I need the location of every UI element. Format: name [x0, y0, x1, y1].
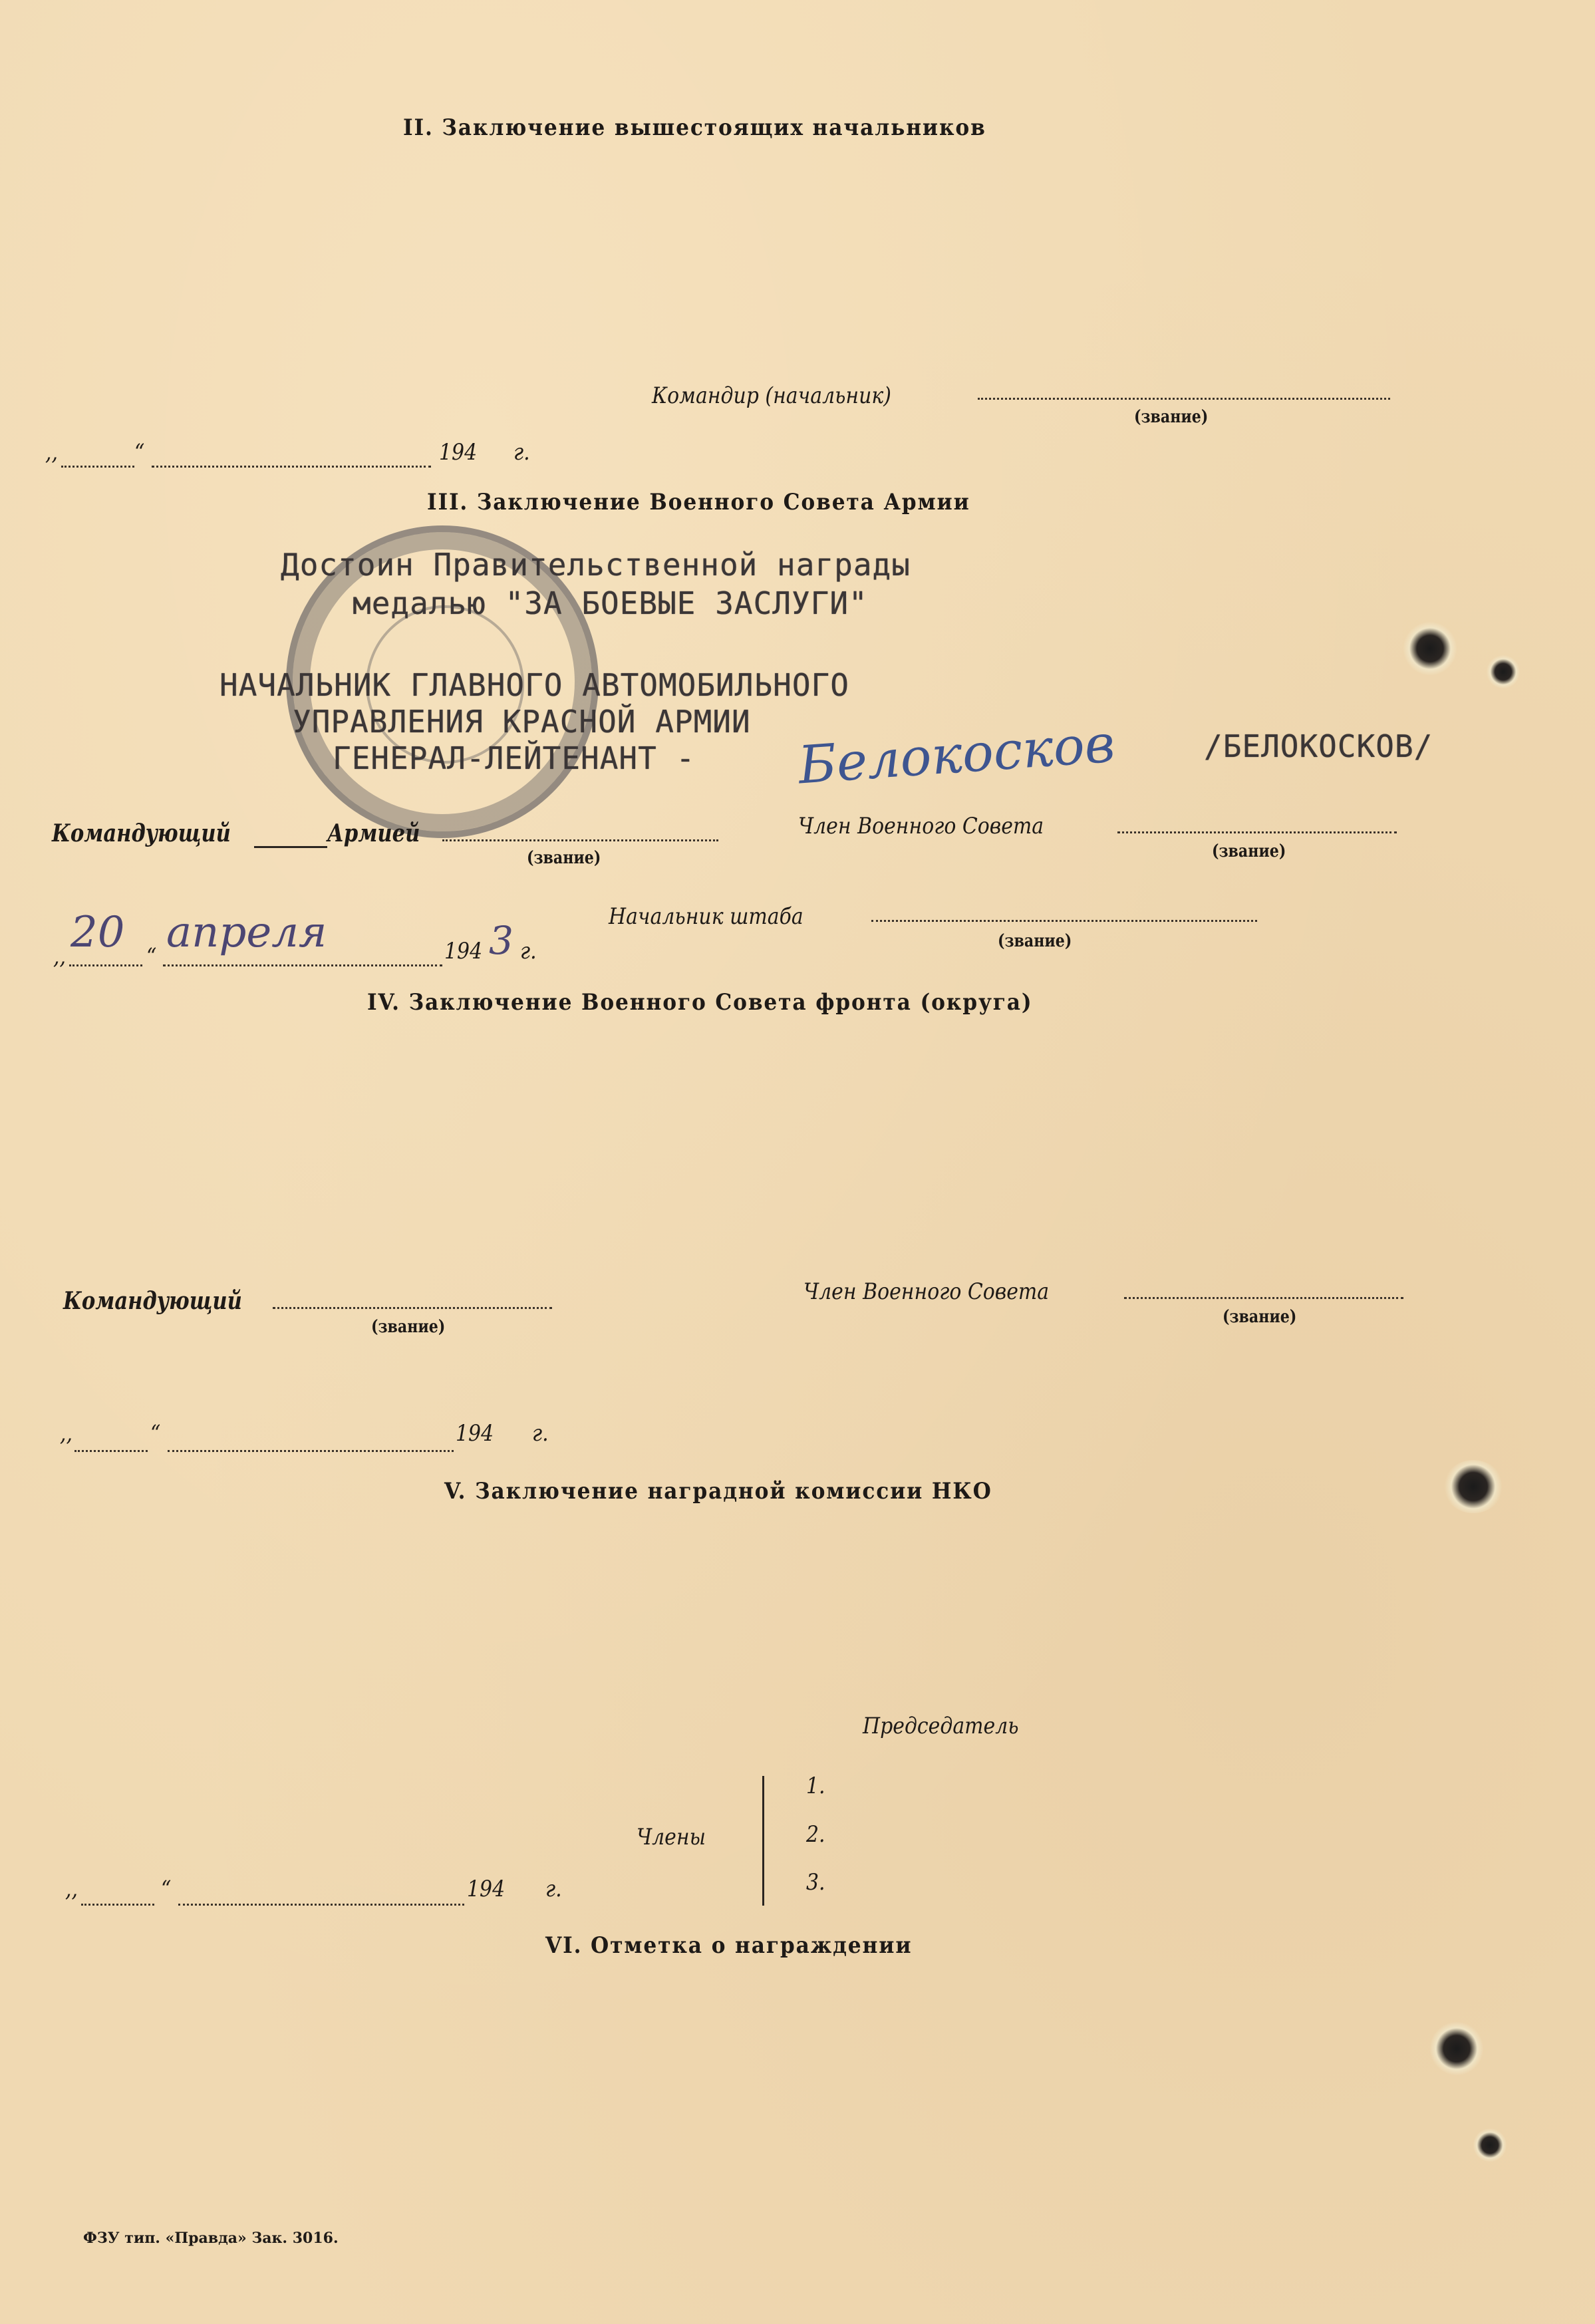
- section-4-heading: IV. Заключение Военного Совета фронта (о…: [367, 989, 1033, 1016]
- date-month-field[interactable]: [168, 1450, 454, 1452]
- date-day-field[interactable]: [74, 1450, 148, 1452]
- date-year: 194: [439, 439, 477, 466]
- typed-signatory-line-1: НАЧАЛЬНИК ГЛАВНОГО АВТОМОБИЛЬНОГО: [219, 667, 849, 703]
- date-mid-quote: “: [161, 1876, 171, 1902]
- council-member-label: Член Военного Совета: [803, 1278, 1049, 1305]
- punch-hole: [1443, 1460, 1503, 1513]
- typed-signatory-line-2: УПРАВЛЕНИЯ КРАСНОЙ АРМИИ: [293, 704, 751, 740]
- punch-hole: [1473, 2128, 1507, 2162]
- section-6-heading: VI. Отметка о награждении: [545, 1932, 912, 1959]
- commander-field[interactable]: [978, 398, 1390, 400]
- punch-hole: [1430, 2022, 1483, 2075]
- chief-of-staff-field[interactable]: [871, 920, 1257, 922]
- section-2-heading: II. Заключение вышестоящих начальников: [403, 114, 986, 141]
- chief-of-staff-label: Начальник штаба: [609, 903, 803, 930]
- rank-caption-staff: (звание): [998, 931, 1072, 951]
- commanding-rank-field[interactable]: [273, 1307, 552, 1309]
- member-1-number: 1.: [806, 1773, 825, 1799]
- commanding-rank-field[interactable]: [442, 839, 718, 841]
- rank-caption-right: (звание): [1223, 1307, 1296, 1327]
- army-label: Армией: [327, 819, 420, 847]
- punch-hole: [1487, 655, 1520, 688]
- rank-caption: (звание): [1134, 407, 1208, 427]
- typed-name: /БЕЛОКОСКОВ/: [1204, 728, 1433, 764]
- date-day-field[interactable]: [69, 964, 142, 966]
- section-3-heading: III. Заключение Военного Совета Армии: [427, 489, 970, 515]
- members-brace: [762, 1776, 764, 1906]
- date-mid-quote: “: [134, 439, 144, 466]
- rank-caption-right: (звание): [1212, 841, 1286, 861]
- date-open-quote: ,,: [45, 439, 58, 466]
- typed-conclusion-line-2: медалью "ЗА БОЕВЫЕ ЗАСЛУГИ": [353, 585, 868, 621]
- date-open-quote: ,,: [65, 1876, 78, 1902]
- date-day-field[interactable]: [81, 1904, 154, 1906]
- chairman-label: Председатель: [863, 1713, 1019, 1739]
- date-year: 194: [467, 1876, 505, 1902]
- date-month-field[interactable]: [178, 1904, 464, 1906]
- date-suffix: г.: [532, 1420, 549, 1447]
- commanding-label: Командующий: [52, 819, 231, 847]
- date-year: 194: [456, 1420, 494, 1447]
- handwritten-month: апреля: [166, 908, 327, 957]
- date-suffix: г.: [513, 439, 530, 466]
- date-suffix: г.: [545, 1876, 562, 1902]
- rank-caption-left: (звание): [527, 848, 601, 868]
- council-member-field[interactable]: [1124, 1297, 1403, 1299]
- commander-label: Командир (начальник): [652, 382, 891, 409]
- section-5-heading: V. Заключение наградной комиссии НКО: [444, 1478, 992, 1505]
- member-2-number: 2.: [806, 1821, 825, 1848]
- typed-signatory-line-3: ГЕНЕРАЛ-ЛЕЙТЕНАНТ -: [333, 740, 695, 776]
- handwritten-day: 20: [71, 908, 124, 957]
- member-3-number: 3.: [806, 1869, 825, 1896]
- date-month-field[interactable]: [163, 964, 442, 966]
- army-number-field[interactable]: [254, 846, 327, 848]
- typed-conclusion-line-1: Достоин Правительственной награды: [281, 547, 911, 583]
- date-month-field[interactable]: [152, 466, 431, 468]
- date-day-field[interactable]: [61, 466, 134, 468]
- handwritten-signature: Белокосков: [796, 714, 1116, 796]
- date-open-quote: ,,: [53, 943, 66, 970]
- printer-imprint: ФЗУ тип. «Правда» Зак. 3016.: [83, 2230, 339, 2247]
- date-open-quote: ,,: [60, 1420, 72, 1447]
- date-suffix: г.: [520, 938, 537, 964]
- council-member-field[interactable]: [1117, 831, 1397, 833]
- date-mid-quote: “: [146, 943, 156, 970]
- punch-hole: [1403, 622, 1457, 675]
- members-label: Члены: [637, 1824, 706, 1850]
- council-member-label: Член Военного Совета: [798, 813, 1044, 839]
- commanding-label: Командующий: [63, 1287, 242, 1315]
- date-year-prefix: 194: [444, 938, 482, 964]
- date-mid-quote: “: [150, 1420, 160, 1447]
- handwritten-year-digit: 3: [489, 918, 513, 963]
- rank-caption-left: (звание): [371, 1317, 445, 1337]
